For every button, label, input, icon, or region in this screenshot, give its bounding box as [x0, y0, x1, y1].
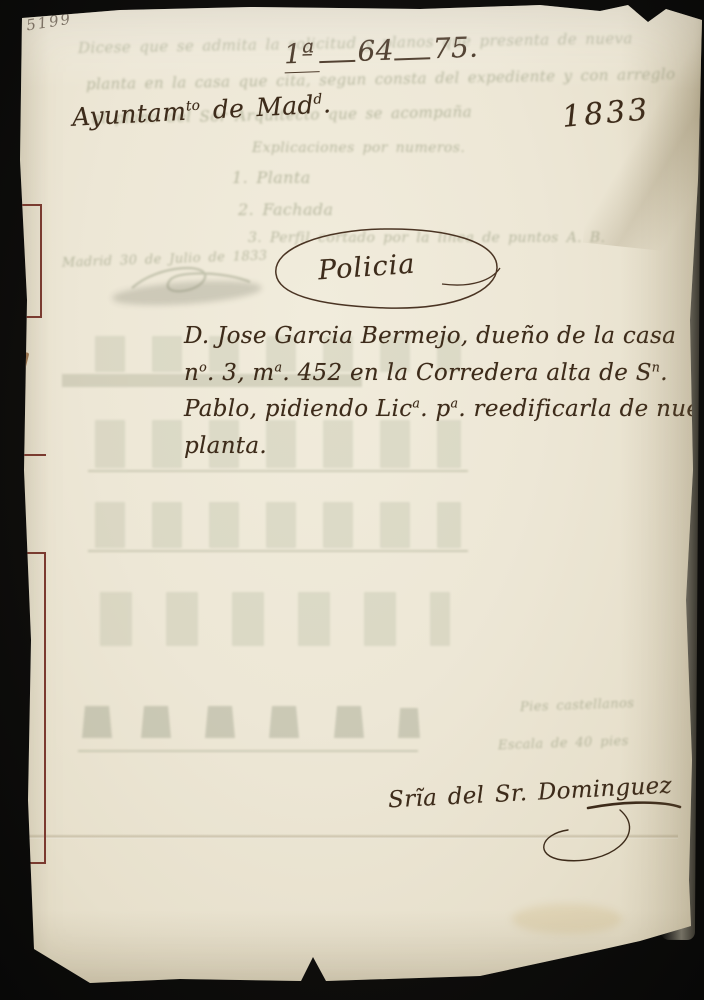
thread-knot — [18, 351, 30, 372]
bleedthrough-shape — [430, 592, 450, 646]
archive-number: 5199 — [25, 9, 73, 34]
policia-oval-stamp: Policia — [266, 222, 506, 318]
bleedthrough-shape — [95, 502, 125, 548]
bleedthrough-shape — [205, 706, 235, 738]
bleedthrough-shape — [398, 708, 420, 738]
bleedthrough-shape — [380, 502, 410, 548]
bleedthrough-text: Escala de 40 pies — [498, 734, 629, 754]
petition-line-3: Pablo, pidiendo Lica. pa. reedificarla d… — [184, 391, 704, 428]
reference-part-3: 75. — [432, 31, 479, 69]
year-label: 1833 — [561, 92, 652, 135]
institution-heading: Ayuntamto de Madd. — [71, 89, 331, 132]
archive-photo-background: Dicese que se admita la solicitud y plan… — [0, 0, 704, 1000]
bleedthrough-text: Explicaciones por numeros. — [252, 140, 465, 156]
bleedthrough-shape — [266, 502, 296, 548]
bleedthrough-shape — [141, 706, 171, 738]
bleedthrough-shape — [95, 336, 125, 372]
reference-stroke — [319, 60, 355, 63]
bleedthrough-text: 2. Fachada — [238, 200, 334, 219]
bleedthrough-text: Pies castellanos — [520, 696, 635, 715]
paper-stain — [512, 904, 622, 934]
bleedthrough-text: 1. Planta — [232, 168, 311, 187]
bleedthrough-shape — [166, 592, 198, 646]
bleedthrough-shape — [88, 470, 468, 472]
bleedthrough-shape — [323, 502, 353, 548]
ghost-rubric-flourish — [118, 254, 278, 304]
manuscript-page: Dicese que se admita la solicitud y plan… — [0, 0, 704, 1000]
signature-flourish — [470, 790, 690, 880]
bleedthrough-shape — [298, 592, 330, 646]
bleedthrough-shape — [152, 336, 182, 372]
reference-part-2: 64 — [357, 34, 394, 71]
bleedthrough-shape — [82, 706, 112, 738]
petition-line-2: no. 3, ma. 452 en la Corredera alta de S… — [184, 355, 704, 392]
binding-stitch — [16, 204, 42, 318]
reference-part-1: 1ª — [284, 38, 320, 73]
bleedthrough-shape — [152, 420, 182, 468]
petition-line-4: planta. — [184, 428, 704, 465]
bleedthrough-shape — [100, 592, 132, 646]
ghost-ink-smudge — [111, 277, 262, 309]
bleedthrough-shape — [78, 750, 418, 752]
petition-summary: D. Jose Garcia Bermejo, dueño de la casa… — [184, 318, 704, 464]
bleedthrough-shape — [95, 420, 125, 468]
bleedthrough-shape — [334, 706, 364, 738]
bleedthrough-shape — [88, 550, 468, 552]
reference-stroke — [394, 58, 430, 61]
binding-stitch — [16, 454, 46, 456]
bleedthrough-shape — [364, 592, 396, 646]
thread-knot — [18, 545, 26, 560]
bleedthrough-shape — [209, 502, 239, 548]
bleedthrough-shape — [232, 592, 264, 646]
bleedthrough-shape — [437, 502, 461, 548]
bleedthrough-shape — [269, 706, 299, 738]
petition-line-1: D. Jose Garcia Bermejo, dueño de la casa — [184, 318, 704, 355]
binding-stitch — [18, 552, 46, 864]
reference-numbers: 1ª 64 75. — [283, 31, 478, 74]
bleedthrough-text: Madrid 30 de Julio de 1833 — [62, 248, 268, 270]
bleedthrough-shape — [152, 502, 182, 548]
